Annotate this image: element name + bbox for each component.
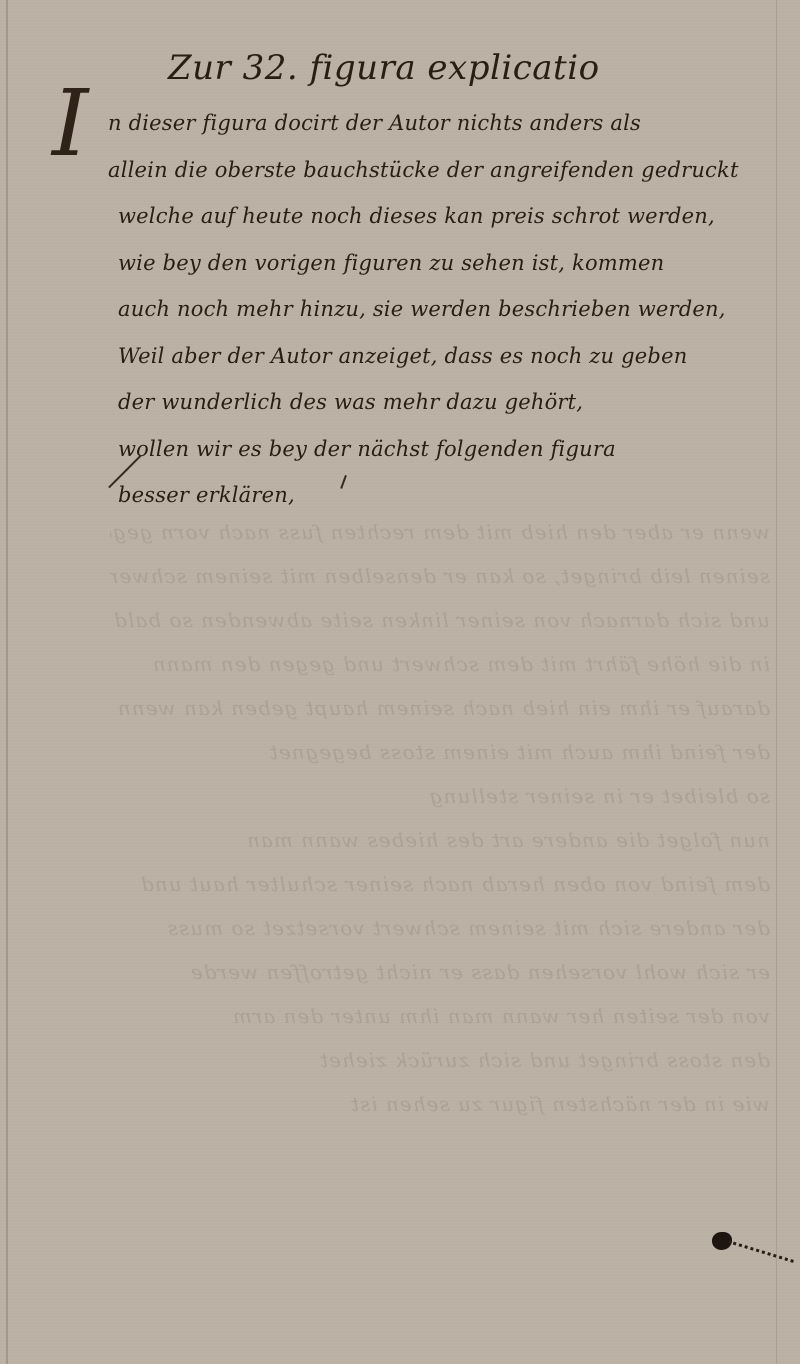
bleed-line: der feind ihm auch mit einem stoss begeg… [110,730,770,774]
bleed-line: seinen leib bringet, so kan er denselben… [110,554,770,598]
text-line: allein die oberste bauchstücke der angre… [108,147,788,194]
text-line: wie bey den vorigen figuren zu sehen ist… [108,240,788,287]
bleed-line: nun folget die andere art des hiebes wan… [110,818,770,862]
manuscript-body: n dieser figura docirt der Autor nichts … [108,100,788,519]
bleed-line: von der seiten her wann man ihm unter de… [110,994,770,1038]
ink-trail [727,1240,794,1266]
text-line: der wunderlich des was mehr dazu gehört, [108,379,788,426]
text-line: Weil aber der Autor anzeiget, dass es no… [108,333,788,380]
text-line: welche auf heute noch dieses kan preis s… [108,193,788,240]
bleed-line: dem feind von oben herab nach seiner sch… [110,862,770,906]
text-line: auch noch mehr hinzu, sie werden beschri… [108,286,788,333]
bleed-line: er sich wohl vorsehen dass er nicht getr… [110,950,770,994]
bleed-line: wie in der nächsten figur zu sehen ist [110,1082,770,1126]
text-line: besser erklären, [108,472,788,519]
text-line: n dieser figura docirt der Autor nichts … [108,100,788,147]
bleed-line: der andere sich mit seinem schwert vorse… [110,906,770,950]
bleed-line: in die höhe fährt mit dem schwert und ge… [110,642,770,686]
bleed-line: den stoss bringet und sich zurück ziehet [110,1038,770,1082]
text-line: wollen wir es bey der nächst folgenden f… [108,426,788,473]
decorated-initial: I [52,78,88,170]
bleed-line: so bleibet er in seiner stellung [110,774,770,818]
bleed-through-text: wenn er aber den hieb mit dem rechten fu… [110,510,770,1126]
bleed-line: und sich darnach von seiner linken seite… [110,598,770,642]
page-heading: Zur 32. figura explicatio [168,48,600,88]
manuscript-page: wenn er aber den hieb mit dem rechten fu… [0,0,800,1364]
bleed-line: darauf er ihm ein hieb nach seinem haupt… [110,686,770,730]
